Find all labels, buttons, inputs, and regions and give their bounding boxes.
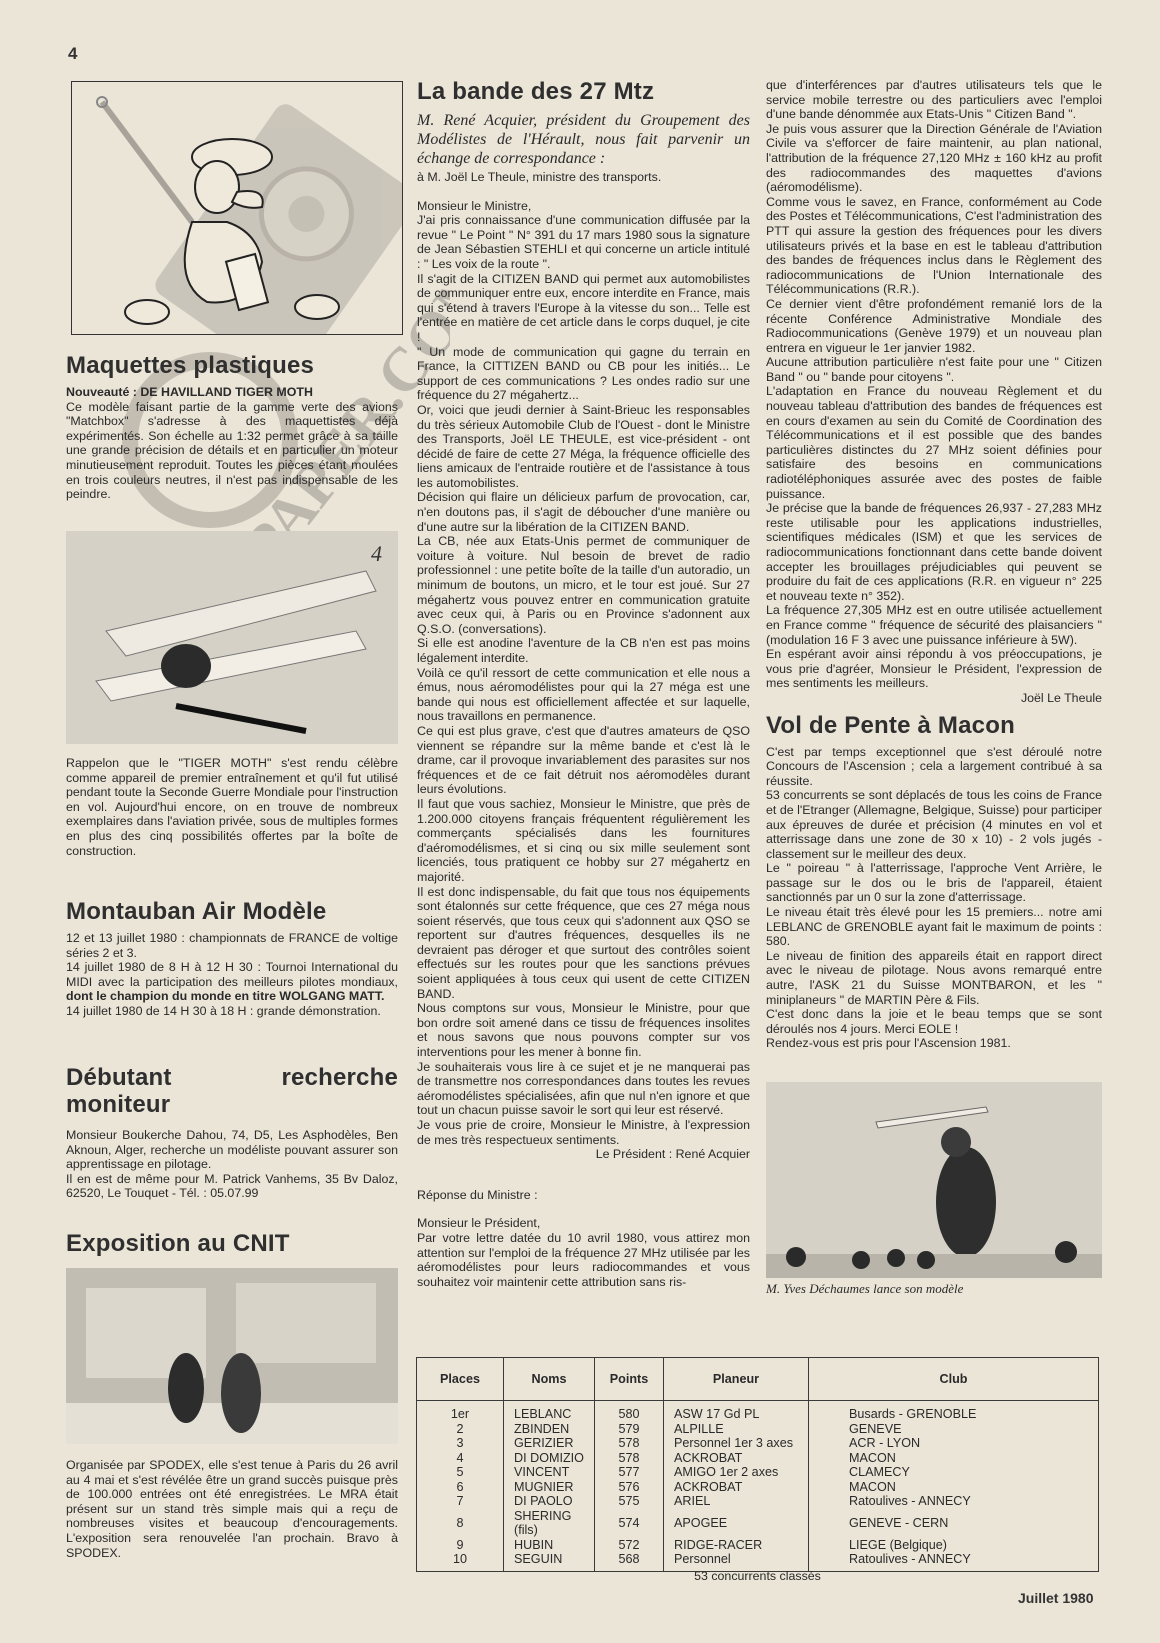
- cell-place: 5: [417, 1465, 504, 1480]
- cnit-article: Exposition au CNIT: [66, 1230, 398, 1263]
- reply-paragraph: L'adaptation en France du nouveau Règlem…: [766, 384, 1102, 501]
- cell-club: Ratoulives - ANNECY: [809, 1494, 1099, 1509]
- letter-signature: Le Président : René Acquier: [417, 1147, 750, 1162]
- debutant-paragraph: Monsieur Boukerche Dahou, 74, D5, Les As…: [66, 1128, 398, 1172]
- cnit-title: Exposition au CNIT: [66, 1230, 398, 1257]
- reply-paragraph: Comme vous le savez, en France, conformé…: [766, 195, 1102, 297]
- cell-place: 9: [417, 1538, 504, 1553]
- cell-place: 4: [417, 1451, 504, 1466]
- montauban-title: Montauban Air Modèle: [66, 898, 398, 925]
- bande27-addressee: à M. Joël Le Theule, ministre des transp…: [417, 170, 750, 185]
- reply-paragraph: Aucune attribution particulière n'est fa…: [766, 355, 1102, 384]
- letter-paragraph: Si elle est anodine l'aventure de la CB …: [417, 636, 750, 665]
- cell-nom: DI PAOLO: [504, 1494, 595, 1509]
- cell-planeur: ACKROBAT: [664, 1480, 809, 1495]
- letter-paragraph: Ce qui est plus grave, c'est que d'autre…: [417, 724, 750, 797]
- debutant-paragraph: Il en est de même pour M. Patrick Vanhem…: [66, 1172, 398, 1201]
- cell-place: 2: [417, 1422, 504, 1437]
- maquettes-title: Maquettes plastiques: [66, 352, 398, 379]
- montauban-article: Montauban Air Modèle 12 et 13 juillet 19…: [66, 898, 398, 1019]
- cell-planeur: ALPILLE: [664, 1422, 809, 1437]
- cell-points: 576: [595, 1480, 664, 1495]
- table-row: 5VINCENT577AMIGO 1er 2 axesCLAMECY: [417, 1465, 1099, 1480]
- cnit-body: Organisée par SPODEX, elle s'est tenue à…: [66, 1458, 398, 1560]
- cell-nom: ZBINDEN: [504, 1422, 595, 1437]
- reply-heading: Réponse du Ministre :: [417, 1188, 750, 1203]
- tiger-moth-paragraph: Rappelon que le "TIGER MOTH" s'est rendu…: [66, 756, 398, 858]
- cell-planeur: RIDGE-RACER: [664, 1538, 809, 1553]
- cell-place: 3: [417, 1436, 504, 1451]
- letter-paragraph: Nous comptons sur vous, Monsieur le Mini…: [417, 1001, 750, 1059]
- debutant-title: Débutant recherche moniteur: [66, 1064, 398, 1118]
- table-row: 1erLEBLANC580ASW 17 Gd PLBusards - GRENO…: [417, 1401, 1099, 1422]
- vol-pente-paragraph: Le " poireau " à l'atterrissage, l'appro…: [766, 861, 1102, 905]
- cnit-exhibition-photo: [66, 1268, 398, 1444]
- letter-paragraph: Il faut que vous sachiez, Monsieur le Mi…: [417, 797, 750, 885]
- bande27-article: La bande des 27 Mtz M. René Acquier, pré…: [417, 78, 750, 1289]
- vol-pente-paragraph: Rendez-vous est pris pour l'Ascension 19…: [766, 1036, 1102, 1051]
- cell-place: 7: [417, 1494, 504, 1509]
- letter-paragraph: La CB, née aux Etats-Unis permet de comm…: [417, 534, 750, 636]
- vol-pente-paragraph: C'est donc dans la joie et le beau temps…: [766, 1007, 1102, 1036]
- letter-paragraph: Je souhaiterais vous lire à ce sujet et …: [417, 1060, 750, 1118]
- vol-pente-paragraph: Le niveau était très élevé pour les 15 p…: [766, 905, 1102, 949]
- cell-nom: DI DOMIZIO: [504, 1451, 595, 1466]
- biplane-icon: 4: [66, 531, 398, 744]
- header-points: Points: [595, 1358, 664, 1401]
- cartoon-illustration: [71, 81, 403, 335]
- table-row: 6MUGNIER576ACKROBATMACON: [417, 1480, 1099, 1495]
- issue-date: Juillet 1980: [1018, 1590, 1094, 1606]
- maquettes-subtitle: Nouveauté : DE HAVILLAND TIGER MOTH: [66, 385, 398, 400]
- reply-paragraph: que d'interférences par d'autres utilisa…: [766, 78, 1102, 122]
- cell-planeur: ASW 17 Gd PL: [664, 1401, 809, 1422]
- reply-paragraph: Par votre lettre datée du 10 avril 1980,…: [417, 1231, 750, 1289]
- cell-nom: GERIZIER: [504, 1436, 595, 1451]
- cell-planeur: APOGEE: [664, 1509, 809, 1538]
- vol-pente-paragraph: 53 concurrents se sont déplacés de tous …: [766, 788, 1102, 861]
- cell-points: 579: [595, 1422, 664, 1437]
- cell-points: 572: [595, 1538, 664, 1553]
- glider-launch-photo: [766, 1082, 1102, 1278]
- ministre-reply-continued: que d'interférences par d'autres utilisa…: [766, 78, 1102, 1051]
- reply-paragraph: En espérant avoir ainsi répondu à vos pr…: [766, 647, 1102, 691]
- cell-nom: LEBLANC: [504, 1401, 595, 1422]
- cell-club: MACON: [809, 1451, 1099, 1466]
- reply-salutation: Monsieur le Président,: [417, 1216, 750, 1231]
- montauban-line: 14 juillet 1980 de 8 H à 12 H 30 : Tourn…: [66, 960, 398, 989]
- header-club: Club: [809, 1358, 1099, 1401]
- letter-paragraph: Or, voici que jeudi dernier à Saint-Brie…: [417, 403, 750, 491]
- cell-club: GENEVE: [809, 1422, 1099, 1437]
- letter-paragraph: Décision qui flaire un délicieux parfum …: [417, 490, 750, 534]
- bande27-title: La bande des 27 Mtz: [417, 78, 750, 105]
- cell-points: 574: [595, 1509, 664, 1538]
- table-row: 4DI DOMIZIO578ACKROBATMACON: [417, 1451, 1099, 1466]
- table-row: 9HUBIN572RIDGE-RACERLIEGE (Belgique): [417, 1538, 1099, 1553]
- cell-place: 6: [417, 1480, 504, 1495]
- bande27-intro: M. René Acquier, président du Groupement…: [417, 111, 750, 168]
- vol-pente-paragraph: C'est par temps exceptionnel que s'est d…: [766, 745, 1102, 789]
- glider-launch-icon: [766, 1082, 1102, 1278]
- cell-points: 578: [595, 1451, 664, 1466]
- letter-paragraph: Voilà ce qu'il ressort de cette communic…: [417, 666, 750, 724]
- vol-pente-title: Vol de Pente à Macon: [766, 712, 1102, 739]
- tiger-moth-photo: 4: [66, 531, 398, 744]
- results-header-row: Places Noms Points Planeur Club: [417, 1358, 1099, 1401]
- reply-paragraph: Je précise que la bande de fréquences 26…: [766, 501, 1102, 603]
- cell-club: CLAMECY: [809, 1465, 1099, 1480]
- cell-nom: VINCENT: [504, 1465, 595, 1480]
- cell-points: 580: [595, 1401, 664, 1422]
- vol-pente-paragraph: Le niveau de finition des appareils étai…: [766, 949, 1102, 1007]
- table-row: 3GERIZIER578Personnel 1er 3 axesACR - LY…: [417, 1436, 1099, 1451]
- tiger-moth-history: Rappelon que le "TIGER MOTH" s'est rendu…: [66, 756, 398, 858]
- cartoon-radio-man-icon: [72, 82, 402, 334]
- results-footnote: 53 concurrents classés: [416, 1569, 1099, 1583]
- header-noms: Noms: [504, 1358, 595, 1401]
- reply-paragraph: Je puis vous assurer que la Direction Gé…: [766, 122, 1102, 195]
- cell-nom: SHERING (fils): [504, 1509, 595, 1538]
- letter-paragraph: " Un mode de communication qui gagne du …: [417, 345, 750, 403]
- glider-photo-caption: M. Yves Déchaumes lance son modèle: [766, 1281, 1102, 1297]
- cell-club: MACON: [809, 1480, 1099, 1495]
- cell-planeur: AMIGO 1er 2 axes: [664, 1465, 809, 1480]
- cell-planeur: ACKROBAT: [664, 1451, 809, 1466]
- reply-paragraph: Ce dernier vient d'être profondément rem…: [766, 297, 1102, 355]
- cell-points: 578: [595, 1436, 664, 1451]
- bande27-salutation: Monsieur le Ministre,: [417, 199, 750, 214]
- montauban-highlight: dont le champion du monde en titre WOLGA…: [66, 989, 384, 1003]
- letter-paragraph: Je vous prie de croire, Monsieur le Mini…: [417, 1118, 750, 1147]
- cell-club: Busards - GRENOBLE: [809, 1401, 1099, 1422]
- letter-paragraph: J'ai pris connaissance d'une communicati…: [417, 213, 750, 271]
- reply-signature: Joël Le Theule: [766, 691, 1102, 706]
- table-row: 7DI PAOLO575ARIELRatoulives - ANNECY: [417, 1494, 1099, 1509]
- montauban-line: 14 juillet 1980 de 14 H 30 à 18 H : gran…: [66, 1004, 398, 1019]
- montauban-line: 12 et 13 juillet 1980 : championnats de …: [66, 931, 398, 960]
- table-row: 8SHERING (fils)574APOGEEGENEVE - CERN: [417, 1509, 1099, 1538]
- letter-paragraph: Il est donc indispensable, du fait que t…: [417, 885, 750, 1002]
- cell-planeur: ARIEL: [664, 1494, 809, 1509]
- letter-paragraph: Il s'agit de la CITIZEN BAND qui permet …: [417, 272, 750, 345]
- cell-club: LIEGE (Belgique): [809, 1538, 1099, 1553]
- cell-club: ACR - LYON: [809, 1436, 1099, 1451]
- reply-paragraph: La fréquence 27,305 MHz est en outre uti…: [766, 603, 1102, 647]
- exhibition-stand-icon: [66, 1268, 398, 1444]
- debutant-article: Débutant recherche moniteur Monsieur Bou…: [66, 1064, 398, 1201]
- header-places: Places: [417, 1358, 504, 1401]
- svg-text:4: 4: [371, 541, 382, 566]
- cell-nom: HUBIN: [504, 1538, 595, 1553]
- maquettes-paragraph: Ce modèle faisant partie de la gamme ver…: [66, 400, 398, 502]
- cell-club: GENEVE - CERN: [809, 1509, 1099, 1538]
- cell-planeur: Personnel 1er 3 axes: [664, 1436, 809, 1451]
- header-planeur: Planeur: [664, 1358, 809, 1401]
- cell-points: 577: [595, 1465, 664, 1480]
- maquettes-article: Maquettes plastiques Nouveauté : DE HAVI…: [66, 352, 398, 502]
- cell-points: 575: [595, 1494, 664, 1509]
- cell-nom: MUGNIER: [504, 1480, 595, 1495]
- cell-place: 8: [417, 1509, 504, 1538]
- results-table: Places Noms Points Planeur Club 1erLEBLA…: [416, 1357, 1099, 1572]
- table-row: 2ZBINDEN579ALPILLEGENEVE: [417, 1422, 1099, 1437]
- cell-place: 1er: [417, 1401, 504, 1422]
- cnit-paragraph: Organisée par SPODEX, elle s'est tenue à…: [66, 1458, 398, 1560]
- page-number: 4: [68, 44, 77, 64]
